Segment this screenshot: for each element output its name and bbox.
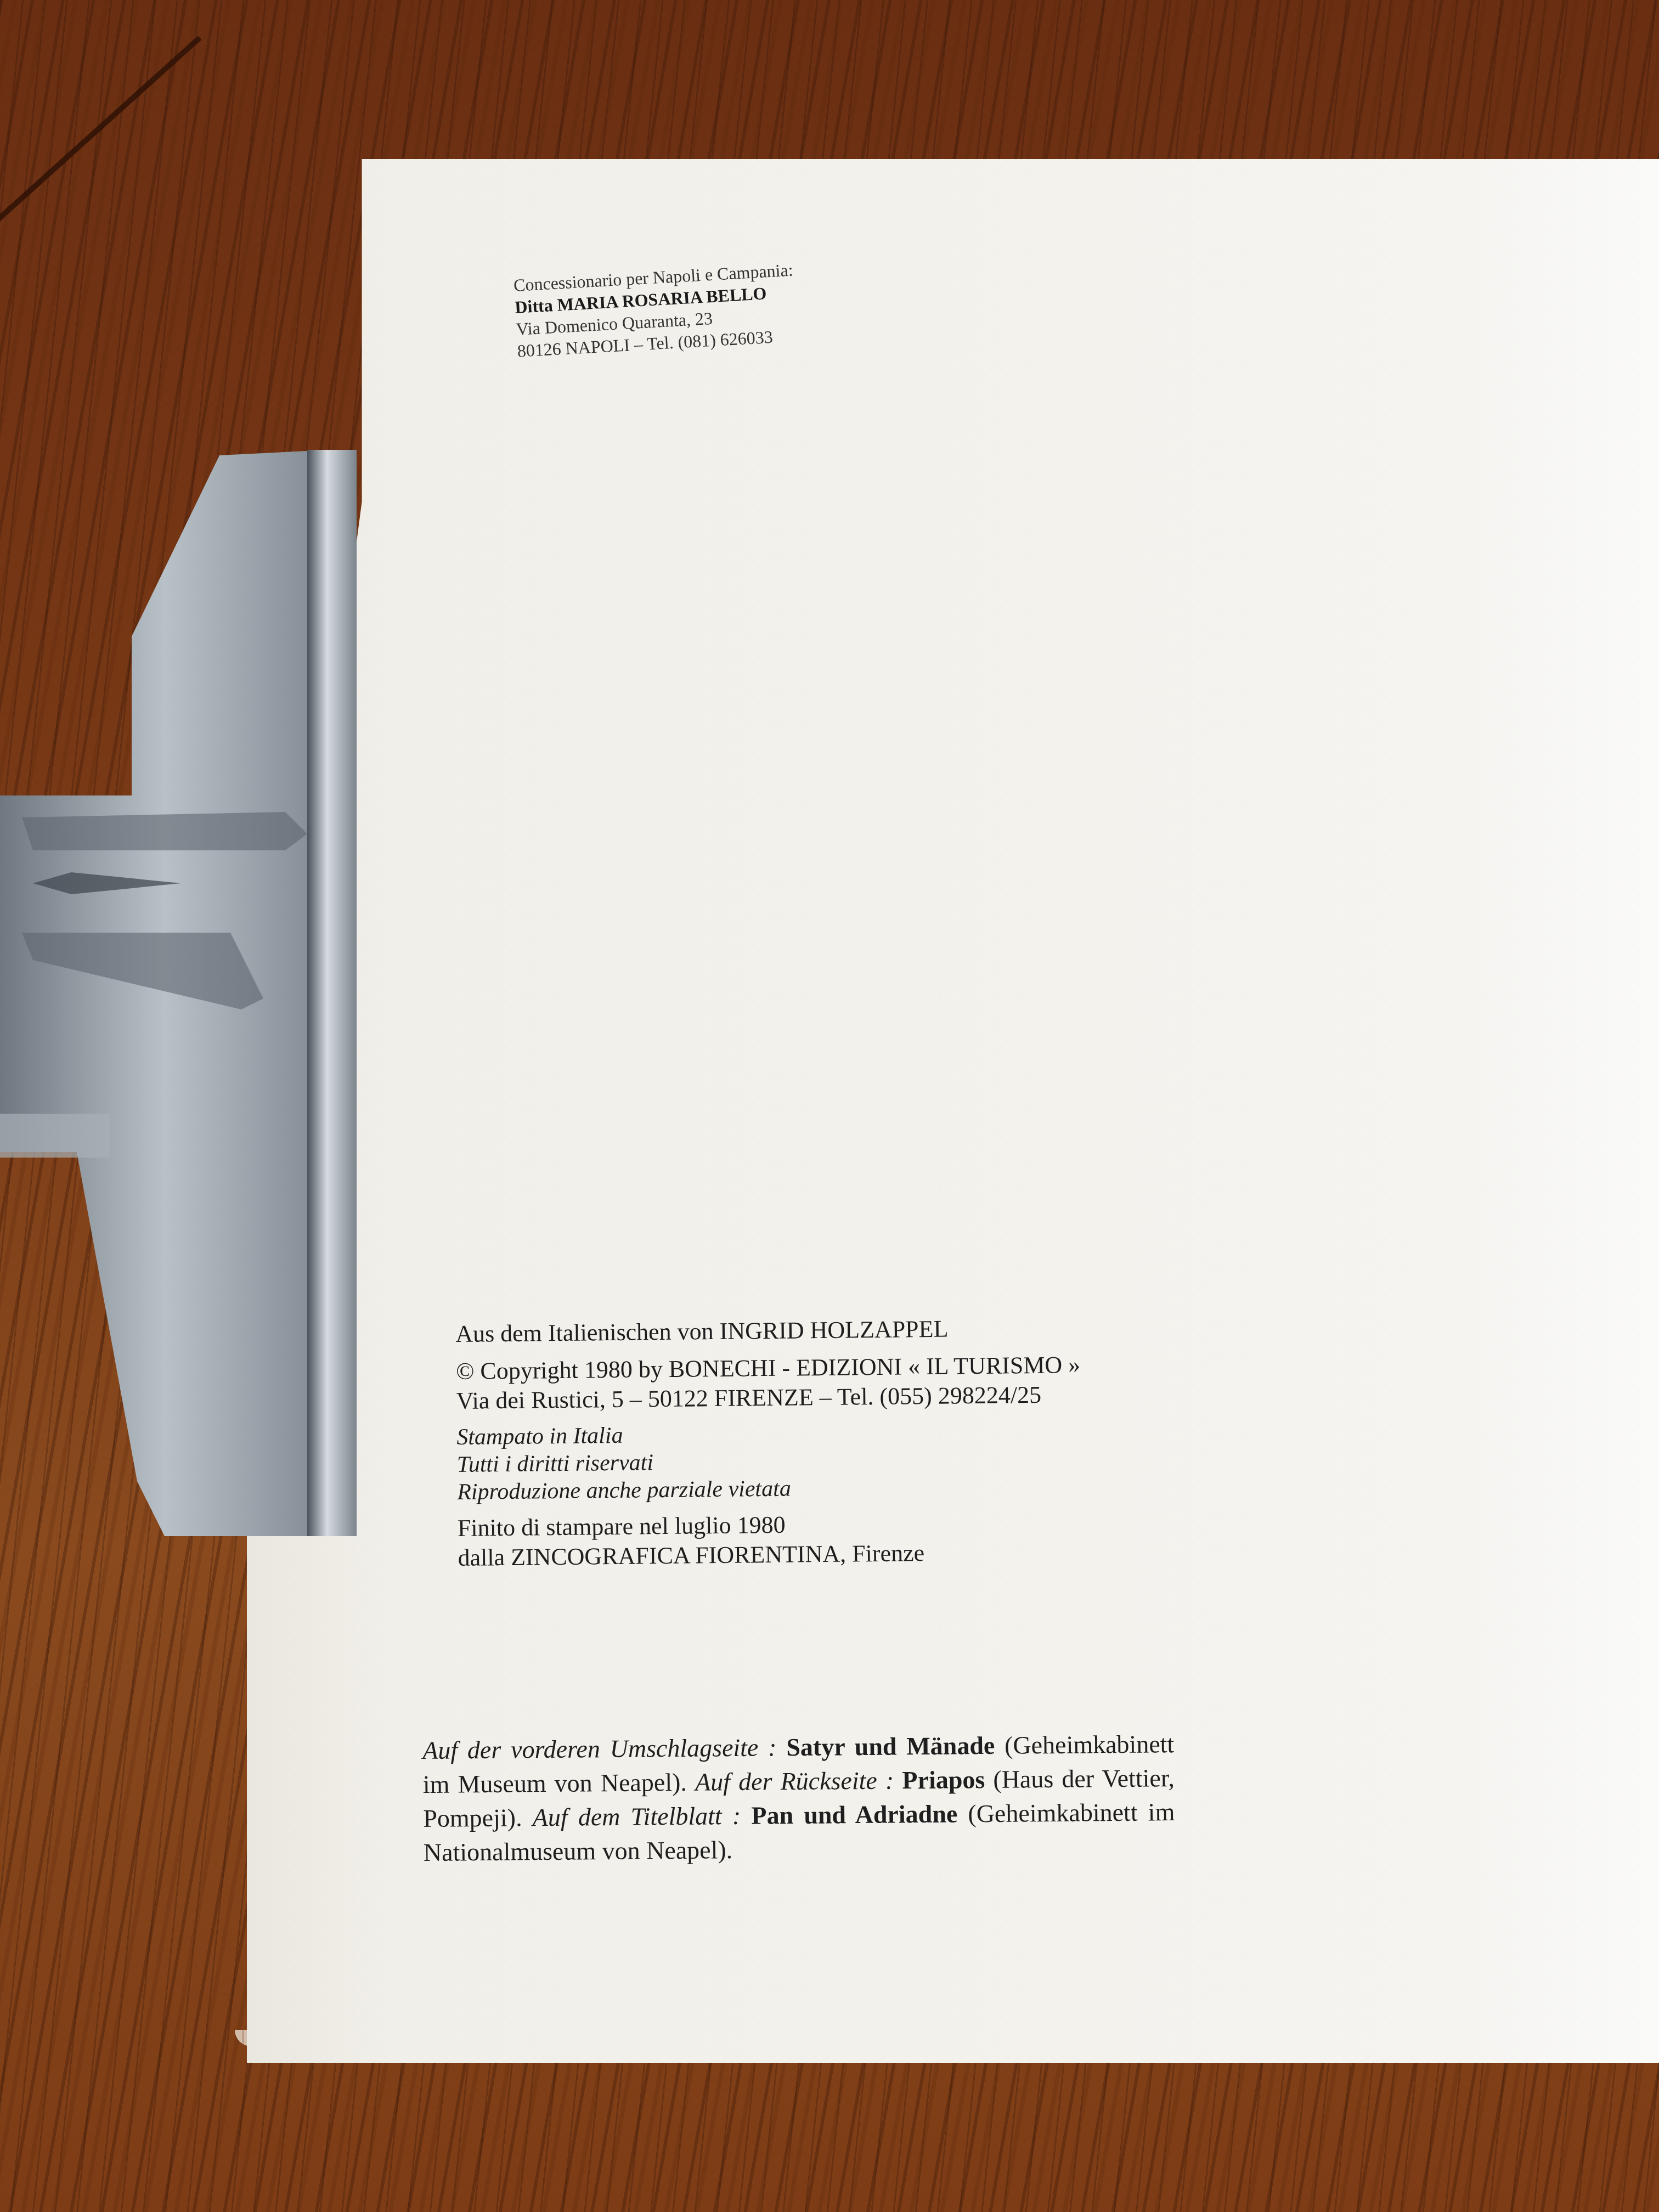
back-cover-label: Auf der Rückseite : xyxy=(695,1767,894,1796)
front-cover-label: Auf der vorderen Umschlagseite : xyxy=(422,1733,777,1764)
distributor-block: Concessionario per Napoli e Campania: Di… xyxy=(513,259,797,362)
table-seam xyxy=(0,36,201,267)
title-page-label: Auf dem Titelblatt : xyxy=(532,1802,741,1831)
back-cover-title: Priapos xyxy=(902,1765,985,1794)
title-page-title: Pan und Adriadne xyxy=(751,1799,957,1829)
imprint-block: Aus dem Italienischen von INGRID HOLZAPP… xyxy=(455,1313,1082,1573)
front-cover-title: Satyr und Mänade xyxy=(786,1731,995,1761)
cover-credits: Auf der vorderen Umschlagseite : Satyr u… xyxy=(422,1727,1175,1870)
bulldog-clip-icon xyxy=(0,439,439,1591)
